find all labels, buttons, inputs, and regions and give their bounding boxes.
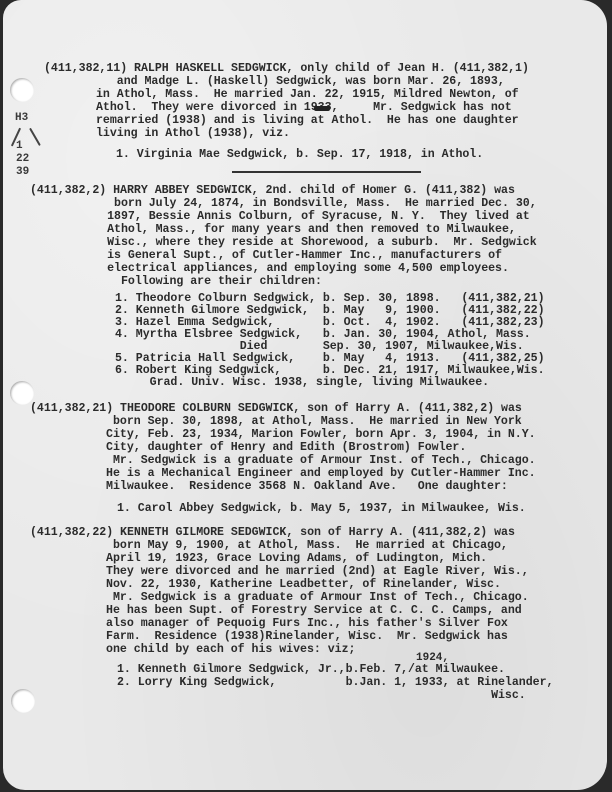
child-item: 2. Lorry King Sedgwick, b.Jan. 1, 1933, … xyxy=(117,676,553,690)
entry-line: 1897, Bessie Annis Colburn, of Syracuse,… xyxy=(24,210,530,224)
child-item: Grad. Univ. Wisc. 1938, single, living M… xyxy=(115,376,489,390)
margin-note-number-2: 22 xyxy=(16,153,29,166)
entry-line: born July 24, 1874, in Bondsville, Mass.… xyxy=(24,197,537,211)
margin-note-number-1: 1 xyxy=(16,140,23,153)
punch-hole-bottom xyxy=(11,689,35,713)
document-page: H3 1 22 39 (411,382,11) RALPH HASKELL SE… xyxy=(3,0,607,790)
child-item: 1. Kenneth Gilmore Sedgwick, Jr.,b.Feb. … xyxy=(117,663,505,677)
entry-line: (411,382,2) HARRY ABBEY SEDGWICK, 2nd. c… xyxy=(30,184,515,198)
entry-line: (411,382,11) RALPH HASKELL SEDGWICK, onl… xyxy=(44,62,529,76)
entry-line: Athol, Mass., for many years and then re… xyxy=(24,223,516,237)
entry-line: also manager of Pequoig Furs Inc., his f… xyxy=(16,617,508,631)
entry-line: Mr. Sedgwick is a graduate of Armour Ins… xyxy=(16,591,529,605)
entry-line: born Sep. 30, 1898, at Athol, Mass. He m… xyxy=(16,415,522,429)
section-divider xyxy=(232,171,421,173)
entry-line: in Athol, Mass. He married Jan. 22, 1915… xyxy=(3,88,519,102)
child-item: 1. Virginia Mae Sedgwick, b. Sep. 17, 19… xyxy=(116,148,483,162)
entry-line: Milwaukee. Residence 3568 N. Oakland Ave… xyxy=(16,480,508,494)
strikeout-mark xyxy=(314,106,330,111)
entry-line: and Madge L. (Haskell) Sedgwick, was bor… xyxy=(3,75,505,89)
child-item: 1. Carol Abbey Sedgwick, b. May 5, 1937,… xyxy=(117,502,526,516)
entry-line: Farm. Residence (1938)Rinelander, Wisc. … xyxy=(16,630,508,644)
entry-line: He has been Supt. of Forestry Service at… xyxy=(16,604,522,618)
entry-line: Nov. 22, 1930, Katherine Leadbetter, of … xyxy=(16,578,501,592)
entry-line: April 19, 1923, Grace Loving Adams, of L… xyxy=(16,552,487,566)
entry-line: He is a Mechanical Engineer and employed… xyxy=(16,467,536,481)
entry-line: Athol. They were divorced in 1933, Mr. S… xyxy=(3,101,512,115)
entry-line: (411,382,21) THEODORE COLBURN SEDGWICK, … xyxy=(30,402,522,416)
entry-line: City, Feb. 23, 1934, Marion Fowler, born… xyxy=(16,428,536,442)
entry-line: City, daughter of Henry and Edith (Brost… xyxy=(16,441,466,455)
entry-line: They were divorced and he married (2nd) … xyxy=(16,565,529,579)
entry-line: Wisc., where they reside at Shorewood, a… xyxy=(24,236,537,250)
child-item: Wisc. xyxy=(117,689,526,703)
entry-line: Mr. Sedgwick is a graduate of Armour Ins… xyxy=(16,454,536,468)
margin-note-number-3: 39 xyxy=(16,166,29,179)
entry-line: Following are their children: xyxy=(24,275,322,289)
entry-line: one child by each of his wives: viz; xyxy=(16,643,355,657)
entry-line: electrical appliances, and employing som… xyxy=(24,262,509,276)
entry-line: born May 9, 1900, at Athol, Mass. He mar… xyxy=(16,539,508,553)
entry-line: is General Supt., of Cutler-Hammer Inc.,… xyxy=(24,249,502,263)
entry-line: living in Athol (1938), viz. xyxy=(3,127,290,141)
entry-line: remarried (1938) and is living at Athol.… xyxy=(3,114,519,128)
entry-line: (411,382,22) KENNETH GILMORE SEDGWICK, s… xyxy=(30,526,515,540)
